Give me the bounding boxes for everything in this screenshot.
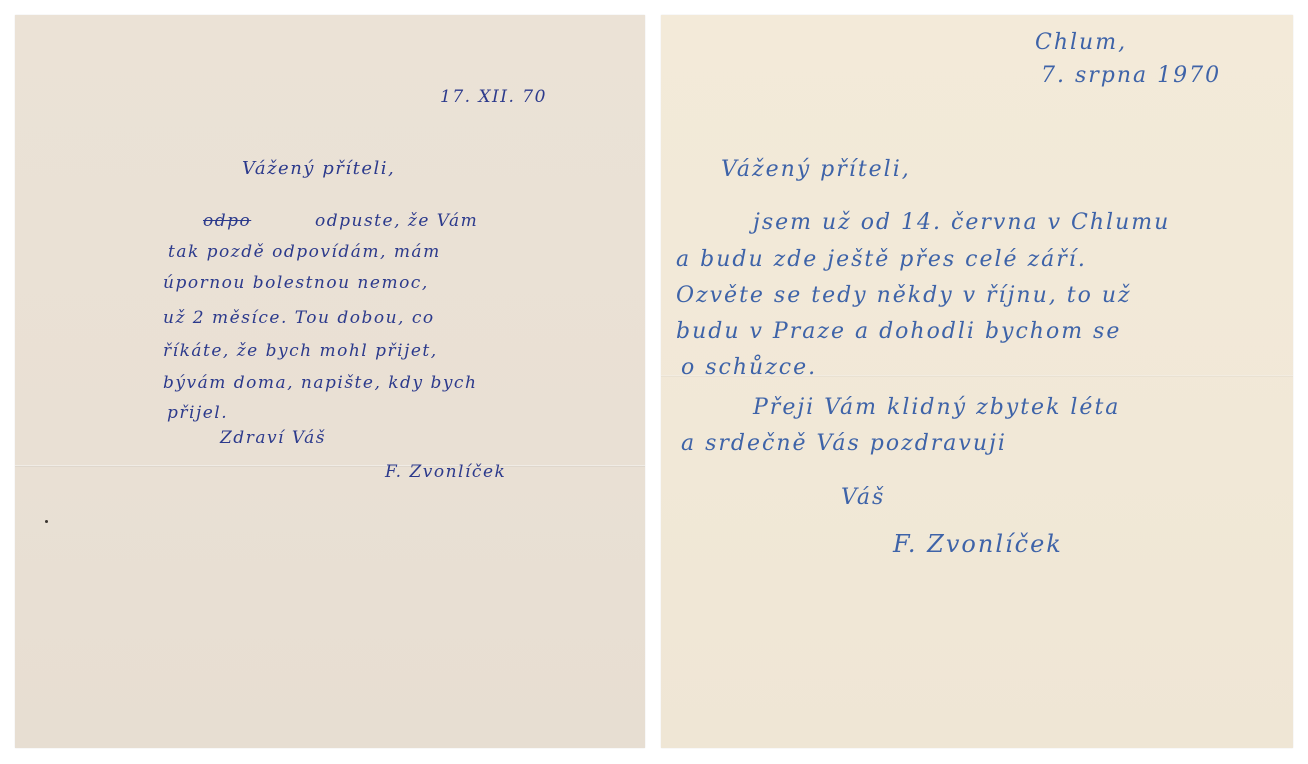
struck-word: odpo — [203, 211, 251, 231]
body-line-2: a budu zde ještě přes celé září. — [676, 247, 1087, 272]
letter-closing: Zdraví Váš — [220, 428, 326, 448]
paper-fold-line — [15, 465, 645, 467]
paper-speck — [45, 520, 48, 523]
body-line-7: přijel. — [167, 403, 228, 423]
body-line-6: bývám doma, napište, kdy bych — [163, 373, 477, 393]
letter-right-page: Chlum, 7. srpna 1970 Vážený příteli, jse… — [661, 15, 1293, 748]
body-line-2: tak pozdě odpovídám, mám — [168, 242, 441, 262]
letter-signature: F. Zvonlíček — [385, 462, 506, 482]
letter-closing: Váš — [841, 485, 885, 510]
body-line-1: odpuste, že Vám — [315, 211, 478, 231]
body-line-4: už 2 měsíce. Tou dobou, co — [163, 308, 435, 328]
letter-salutation: Vážený příteli, — [242, 158, 395, 179]
body-line-1: jsem už od 14. června v Chlumu — [753, 210, 1170, 235]
body-line-6: Přeji Vám klidný zbytek léta — [753, 395, 1120, 420]
letter-signature: F. Zvonlíček — [893, 530, 1063, 558]
letter-salutation: Vážený příteli, — [721, 157, 911, 182]
body-line-5: říkáte, že bych mohl přijet, — [163, 341, 438, 361]
letter-date: 7. srpna 1970 — [1041, 63, 1221, 88]
letter-place: Chlum, — [1035, 30, 1127, 55]
body-line-4: budu v Praze a dohodli bychom se — [676, 319, 1121, 344]
letter-date: 17. XII. 70 — [440, 87, 547, 107]
body-line-5: o schůzce. — [681, 355, 817, 380]
body-line-3: úpornou bolestnou nemoc, — [163, 273, 429, 293]
body-line-3: Ozvěte se tedy někdy v říjnu, to už — [676, 283, 1132, 308]
letter-left-page: 17. XII. 70 Vážený příteli, odpo odpuste… — [15, 15, 645, 748]
body-line-7: a srdečně Vás pozdravuji — [681, 431, 1007, 456]
